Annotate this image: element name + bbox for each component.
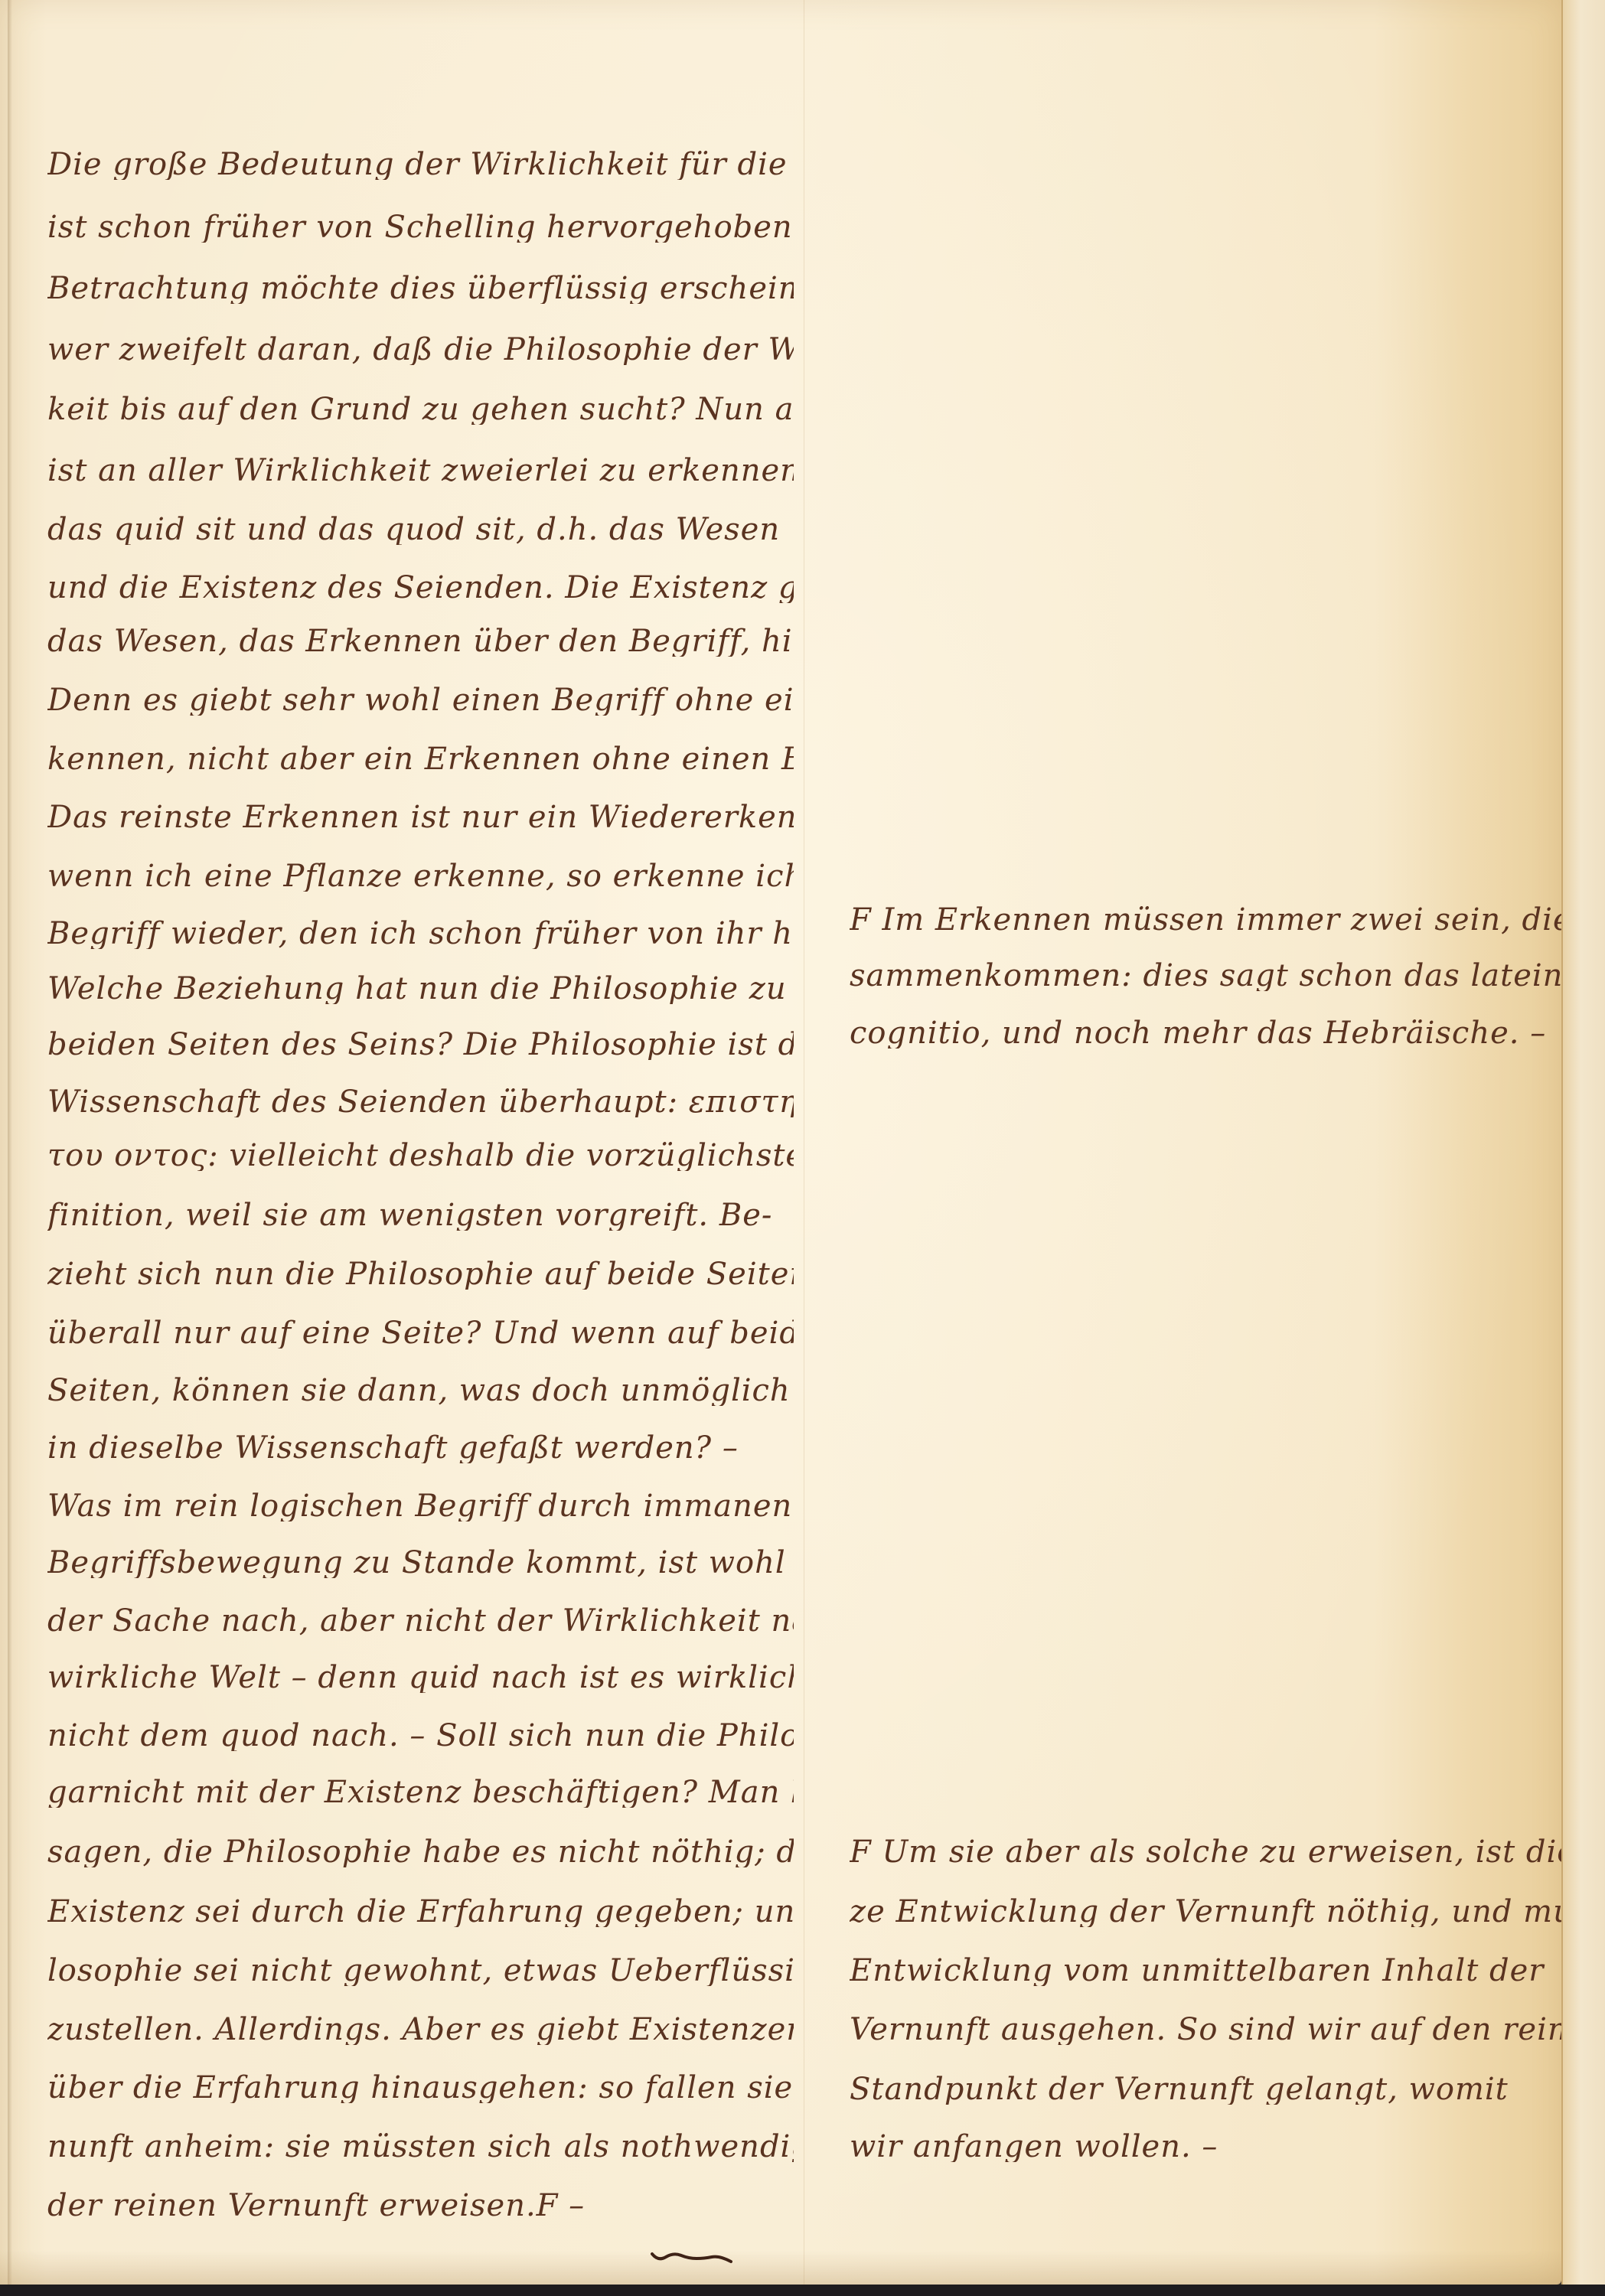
main-line: kennen, nicht aber ein Erkennen ohne ein…	[47, 744, 794, 775]
main-line: Die große Bedeutung der Wirklichkeit für…	[47, 149, 794, 180]
main-line: Seiten, können sie dann, was doch unmögl…	[47, 1375, 794, 1406]
note-line: wir anfangen wollen. –	[850, 2131, 1584, 2162]
main-line: wer zweifelt daran, daß die Philosophie …	[47, 334, 794, 365]
main-line: über die Erfahrung hinausgehen: so falle…	[47, 2073, 794, 2103]
main-line: und die Existenz des Seienden. Die Exist…	[47, 572, 794, 603]
main-line: Das reinste Erkennen ist nur ein Wiedere…	[47, 802, 794, 833]
main-line: sagen, die Philosophie habe es nicht nöt…	[47, 1837, 794, 1867]
page-bottom-edge	[0, 2250, 1561, 2285]
note-line: cognitio, und noch mehr das Hebräische. …	[850, 1018, 1584, 1049]
main-line: Wissenschaft des Seienden überhaupt: επι…	[47, 1087, 794, 1117]
main-line: beiden Seiten des Seins? Die Philosophie…	[47, 1029, 794, 1060]
main-line: nicht dem quod nach. – Soll sich nun die…	[47, 1720, 794, 1751]
next-page-edge	[1561, 0, 1605, 2285]
main-line: überall nur auf eine Seite? Und wenn auf…	[47, 1318, 794, 1349]
main-line: garnicht mit der Existenz beschäftigen? …	[47, 1777, 794, 1808]
main-line: nunft anheim: sie müssten sich als nothw…	[47, 2131, 794, 2162]
main-line: ist an aller Wirklichkeit zweierlei zu e…	[47, 455, 794, 486]
main-line: Denn es giebt sehr wohl einen Begriff oh…	[47, 685, 794, 716]
main-line: wenn ich eine Pflanze erkenne, so erkenn…	[47, 861, 794, 892]
main-line: Betrachtung möchte dies überflüssig ersc…	[47, 273, 794, 304]
note-line: Vernunft ausgehen. So sind wir auf den r…	[850, 2014, 1584, 2045]
main-line: das Wesen, das Erkennen über den Begriff…	[47, 626, 794, 657]
binding-edge	[8, 0, 12, 2285]
main-line: Existenz sei durch die Erfahrung gegeben…	[47, 1896, 794, 1927]
note-line: F Um sie aber als solche zu erweisen, is…	[850, 1837, 1584, 1867]
note-line: ze Entwicklung der Vernunft nöthig, und …	[850, 1896, 1584, 1927]
main-line: Begriffsbewegung zu Stande kommt, ist wo…	[47, 1548, 794, 1578]
main-line: zieht sich nun die Philosophie auf beide…	[47, 1259, 794, 1290]
main-line: in dieselbe Wissenschaft gefaßt werden? …	[47, 1433, 794, 1463]
main-line: wirkliche Welt – denn quid nach ist es w…	[47, 1662, 794, 1693]
main-line: losophie sei nicht gewohnt, etwas Ueberf…	[47, 1955, 794, 1986]
page-fold	[804, 0, 804, 2285]
main-line: der reinen Vernunft erweisen.F –	[47, 2190, 794, 2221]
main-line: finition, weil sie am wenigsten vorgreif…	[47, 1200, 794, 1231]
manuscript-page: Die große Bedeutung der Wirklichkeit für…	[0, 0, 1561, 2285]
main-line: keit bis auf den Grund zu gehen sucht? N…	[47, 394, 794, 425]
note-line: Standpunkt der Vernunft gelangt, womit	[850, 2074, 1584, 2105]
main-line: ist schon früher von Schelling hervorgeh…	[47, 212, 794, 243]
main-line: der Sache nach, aber nicht der Wirklichk…	[47, 1606, 794, 1636]
main-line: του οντος: vielleicht deshalb die vorzüg…	[47, 1140, 794, 1171]
wavy-line-flourish-icon	[651, 2246, 735, 2269]
main-line: das quid sit und das quod sit, d.h. das …	[47, 514, 794, 545]
note-line: sammenkommen: dies sagt schon das latein…	[850, 960, 1584, 991]
note-line: F Im Erkennen müssen immer zwei sein, di…	[850, 905, 1584, 935]
main-line: zustellen. Allerdings. Aber es giebt Exi…	[47, 2014, 794, 2045]
main-line: Welche Beziehung hat nun die Philosophie…	[47, 974, 794, 1004]
note-line: Entwicklung vom unmittelbaren Inhalt der	[850, 1955, 1584, 1986]
main-line: Was im rein logischen Begriff durch imma…	[47, 1491, 794, 1521]
main-line: Begriff wieder, den ich schon früher von…	[47, 918, 794, 949]
